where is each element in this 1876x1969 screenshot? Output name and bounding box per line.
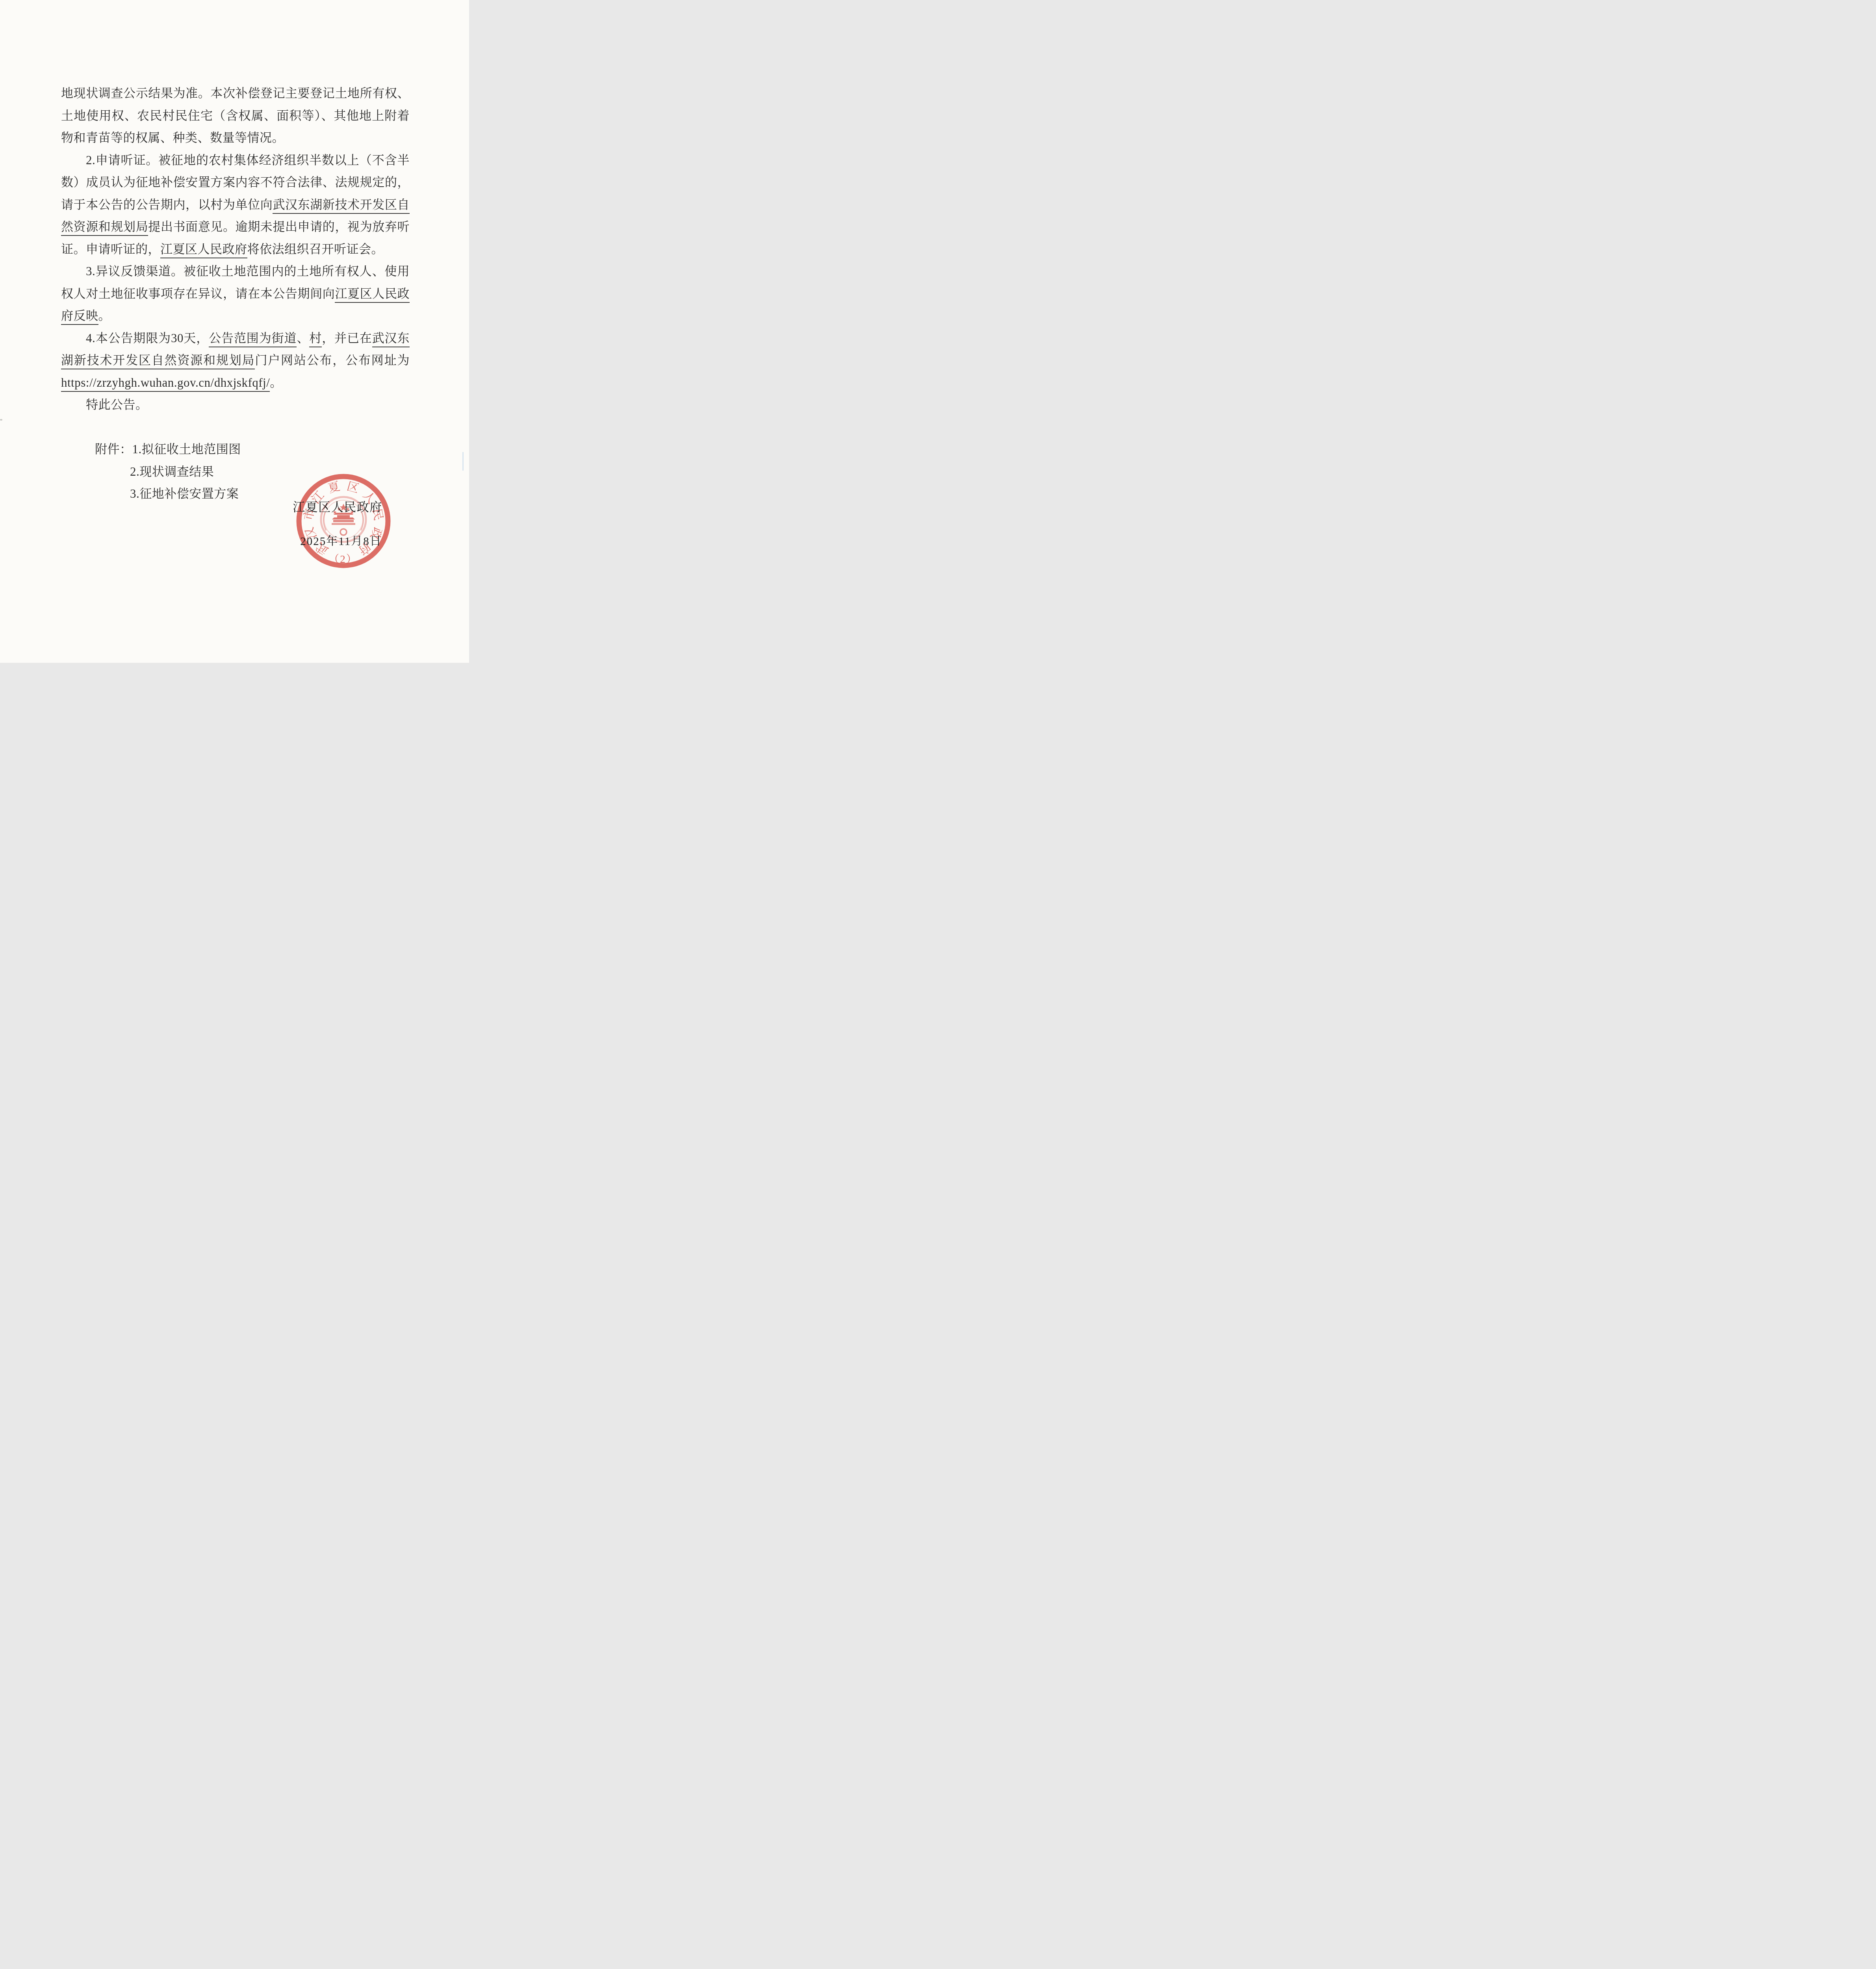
text-segment: 地现状调查公示结果为准。本次补偿登记主要登记土地所有权、 — [61, 86, 410, 100]
text-segment: 门户网站公布，公布网址为 — [255, 353, 410, 367]
text-segment: 请于本公告的公告期内，以村为单位向 — [61, 198, 273, 211]
text-segment: ，并已在 — [322, 331, 372, 345]
text-line: 请于本公告的公告期内，以村为单位向武汉东湖新技术开发区自 — [61, 194, 410, 216]
text-line: 物和青苗等的权属、种类、数量等情况。 — [61, 127, 410, 149]
text-line: 3.异议反馈渠道。被征收土地范围内的土地所有权人、使用 — [61, 260, 410, 283]
text-line: 证。申请听证的，江夏区人民政府将依法组织召开听证会。 — [61, 238, 410, 261]
scan-artifact-tick — [462, 452, 464, 471]
seal-ring-char: 区 — [345, 480, 360, 495]
text-segment: 4.本公告期限为30天， — [86, 331, 209, 345]
text-line: 然资源和规划局提出书面意见。逾期未提出申请的，视为放弃听 — [61, 216, 410, 238]
underlined-text: 然资源和规划局 — [61, 220, 148, 236]
document-body: 地现状调查公示结果为准。本次补偿登记主要登记土地所有权、土地使用权、农民村民住宅… — [61, 82, 410, 505]
text-line: 2.申请听证。被征地的农村集体经济组织半数以上（不含半 — [61, 149, 410, 172]
text-segment: 证。申请听证的， — [61, 242, 160, 256]
underlined-text: https://zrzyhgh.wuhan.gov.cn/dhxjskfqfj/ — [61, 376, 270, 392]
text-line: 4.本公告期限为30天，公告范围为街道、村，并已在武汉东 — [61, 327, 410, 350]
scan-artifact-dot — [0, 419, 2, 421]
underlined-text: 江夏区人民政府 — [160, 242, 247, 258]
seal-date-text: 2025年11月8日 — [300, 532, 382, 549]
text-line: 地现状调查公示结果为准。本次补偿登记主要登记土地所有权、 — [61, 82, 410, 105]
text-segment: 权人对土地征收事项存在异议，请在本公告期间向 — [61, 287, 335, 300]
text-segment: 。 — [270, 376, 282, 389]
text-line: 土地使用权、农民村民住宅（含权属、面积等）、其他地上附着 — [61, 105, 410, 127]
seal-issuer-text: 江夏区人民政府 — [293, 497, 382, 515]
text-segment: 3.异议反馈渠道。被征收土地范围内的土地所有权人、使用 — [86, 264, 410, 278]
text-segment: 附件：1.拟征收土地范围图 — [95, 442, 241, 456]
text-segment: 数）成员认为征地补偿安置方案内容不符合法律、法规规定的， — [61, 175, 410, 189]
text-line: 特此公告。 — [61, 394, 410, 416]
text-segment: 特此公告。 — [86, 398, 148, 412]
scanned-notice-page: 地现状调查公示结果为准。本次补偿登记主要登记土地所有权、土地使用权、农民村民住宅… — [0, 0, 469, 663]
underlined-text: 公告范围为街道 — [209, 331, 297, 347]
text-segment: 3.征地补偿安置方案 — [130, 487, 239, 501]
text-line: https://zrzyhgh.wuhan.gov.cn/dhxjskfqfj/… — [61, 372, 410, 394]
seal-ring-char: 夏 — [327, 480, 341, 495]
seal-number: （2） — [328, 551, 358, 566]
text-segment: 物和青苗等的权属、种类、数量等情况。 — [61, 131, 284, 145]
text-line: 数）成员认为征地补偿安置方案内容不符合法律、法规规定的， — [61, 171, 410, 194]
underlined-text: 武汉东湖新技术开发区自 — [273, 198, 410, 214]
text-segment: 将依法组织召开听证会。 — [247, 242, 384, 256]
text-segment: 。 — [98, 309, 111, 323]
underlined-text: 府反映 — [61, 309, 98, 325]
text-line: 湖新技术开发区自然资源和规划局门户网站公布，公布网址为 — [61, 349, 410, 372]
underlined-text: 村 — [309, 331, 322, 347]
text-line: 附件：1.拟征收土地范围图 — [61, 438, 410, 461]
underlined-text: 武汉东 — [372, 331, 410, 347]
blank-line — [61, 416, 410, 439]
text-segment: 、 — [297, 331, 309, 345]
text-line: 权人对土地征收事项存在异议，请在本公告期间向江夏区人民政 — [61, 283, 410, 305]
text-segment: 2.申请听证。被征地的农村集体经济组织半数以上（不含半 — [86, 153, 410, 167]
underlined-text: 湖新技术开发区自然资源和规划局 — [61, 353, 255, 369]
text-segment: 提出书面意见。逾期未提出申请的，视为放弃听 — [148, 220, 410, 234]
text-segment: 2.现状调查结果 — [130, 465, 214, 478]
text-line: 府反映。 — [61, 305, 410, 327]
underlined-text: 江夏区人民政 — [335, 287, 410, 303]
text-segment: 土地使用权、农民村民住宅（含权属、面积等）、其他地上附着 — [61, 109, 410, 122]
